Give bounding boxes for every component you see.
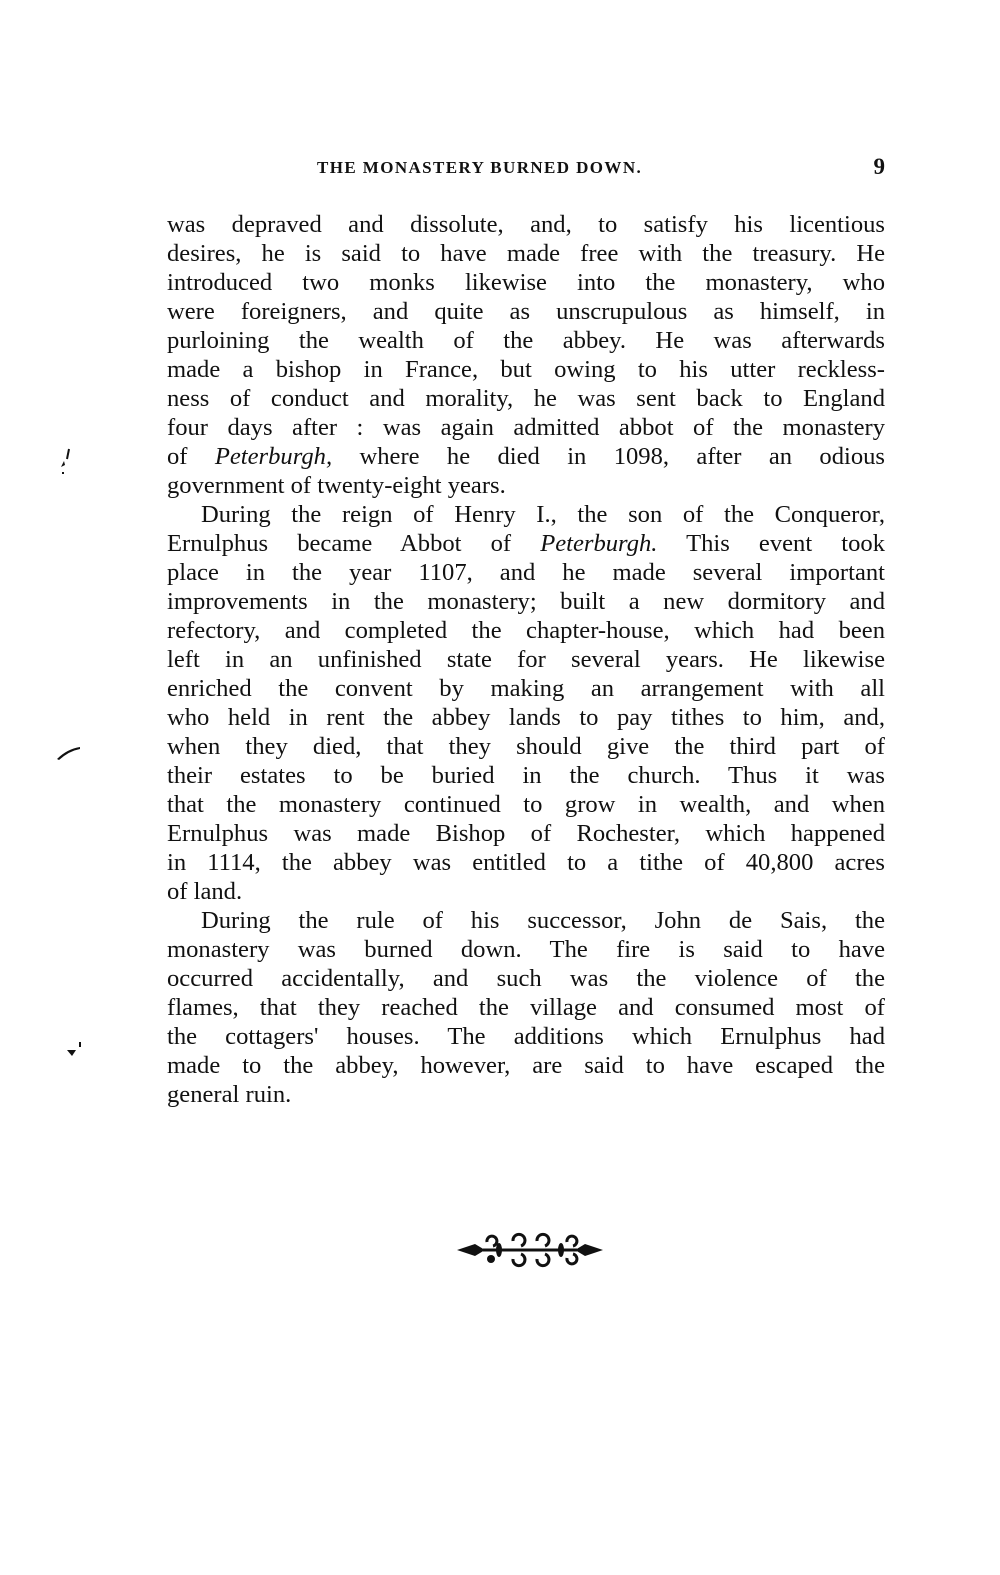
- margin-mark: [53, 743, 83, 763]
- text-line: was depraved and dissolute, and, to sati…: [167, 210, 885, 239]
- text-line: four days after : was again admitted abb…: [167, 413, 885, 442]
- italic-place-name: Peterburgh,: [215, 443, 332, 470]
- running-title: THE MONASTERY BURNED DOWN.: [317, 158, 642, 178]
- text-line: when they died, that they should give th…: [167, 732, 885, 761]
- text-line: made a bishop in France, but owing to hi…: [167, 355, 885, 384]
- margin-mark: [55, 445, 75, 475]
- scroll-fleuron-icon: [455, 1232, 605, 1268]
- text-line: occurred accidentally, and such was the …: [167, 964, 885, 993]
- text-line: made to the abbey, however, are said to …: [167, 1051, 885, 1080]
- paragraph: During the rule of his successor, John d…: [167, 906, 885, 1109]
- text-line: in 1114, the abbey was entitled to a tit…: [167, 848, 885, 877]
- text-line: monastery was burned down. The fire is s…: [167, 935, 885, 964]
- text-line: ness of conduct and morality, he was sen…: [167, 384, 885, 413]
- text-line: of Peterburgh, where he died in 1098, af…: [167, 442, 885, 471]
- text-line: Ernulphus became Abbot of Peterburgh. Th…: [167, 529, 885, 558]
- text-line: desires, he is said to have made free wi…: [167, 239, 885, 268]
- text-line: the cottagers' houses. The additions whi…: [167, 1022, 885, 1051]
- text-line: flames, that they reached the village an…: [167, 993, 885, 1022]
- text-line: purloining the wealth of the abbey. He w…: [167, 326, 885, 355]
- text-line: left in an unfinished state for several …: [167, 645, 885, 674]
- text-line: introduced two monks likewise into the m…: [167, 268, 885, 297]
- text-line: were foreigners, and quite as unscrupulo…: [167, 297, 885, 326]
- text-line: improvements in the monastery; built a n…: [167, 587, 885, 616]
- text-line: During the reign of Henry I., the son of…: [167, 500, 885, 529]
- paragraph: was depraved and dissolute, and, to sati…: [167, 210, 885, 500]
- text-line: refectory, and completed the chapter-hou…: [167, 616, 885, 645]
- text-line: During the rule of his successor, John d…: [167, 906, 885, 935]
- body-text: was depraved and dissolute, and, to sati…: [167, 210, 885, 1109]
- paragraph: During the reign of Henry I., the son of…: [167, 500, 885, 906]
- text-line: that the monastery continued to grow in …: [167, 790, 885, 819]
- page-number: 9: [874, 154, 886, 180]
- text-line: place in the year 1107, and he made seve…: [167, 558, 885, 587]
- text-line: government of twenty-eight years.: [167, 471, 885, 500]
- text-line: of land.: [167, 877, 885, 906]
- italic-place-name: Peterburgh.: [540, 530, 657, 557]
- text-line: their estates to be buried in the church…: [167, 761, 885, 790]
- margin-mark: [64, 1040, 84, 1060]
- text-line: who held in rent the abbey lands to pay …: [167, 703, 885, 732]
- page-header: THE MONASTERY BURNED DOWN. 9: [167, 154, 885, 188]
- text-line: enriched the convent by making an arrang…: [167, 674, 885, 703]
- text-line: Ernulphus was made Bishop of Rochester, …: [167, 819, 885, 848]
- text-line: general ruin.: [167, 1080, 885, 1109]
